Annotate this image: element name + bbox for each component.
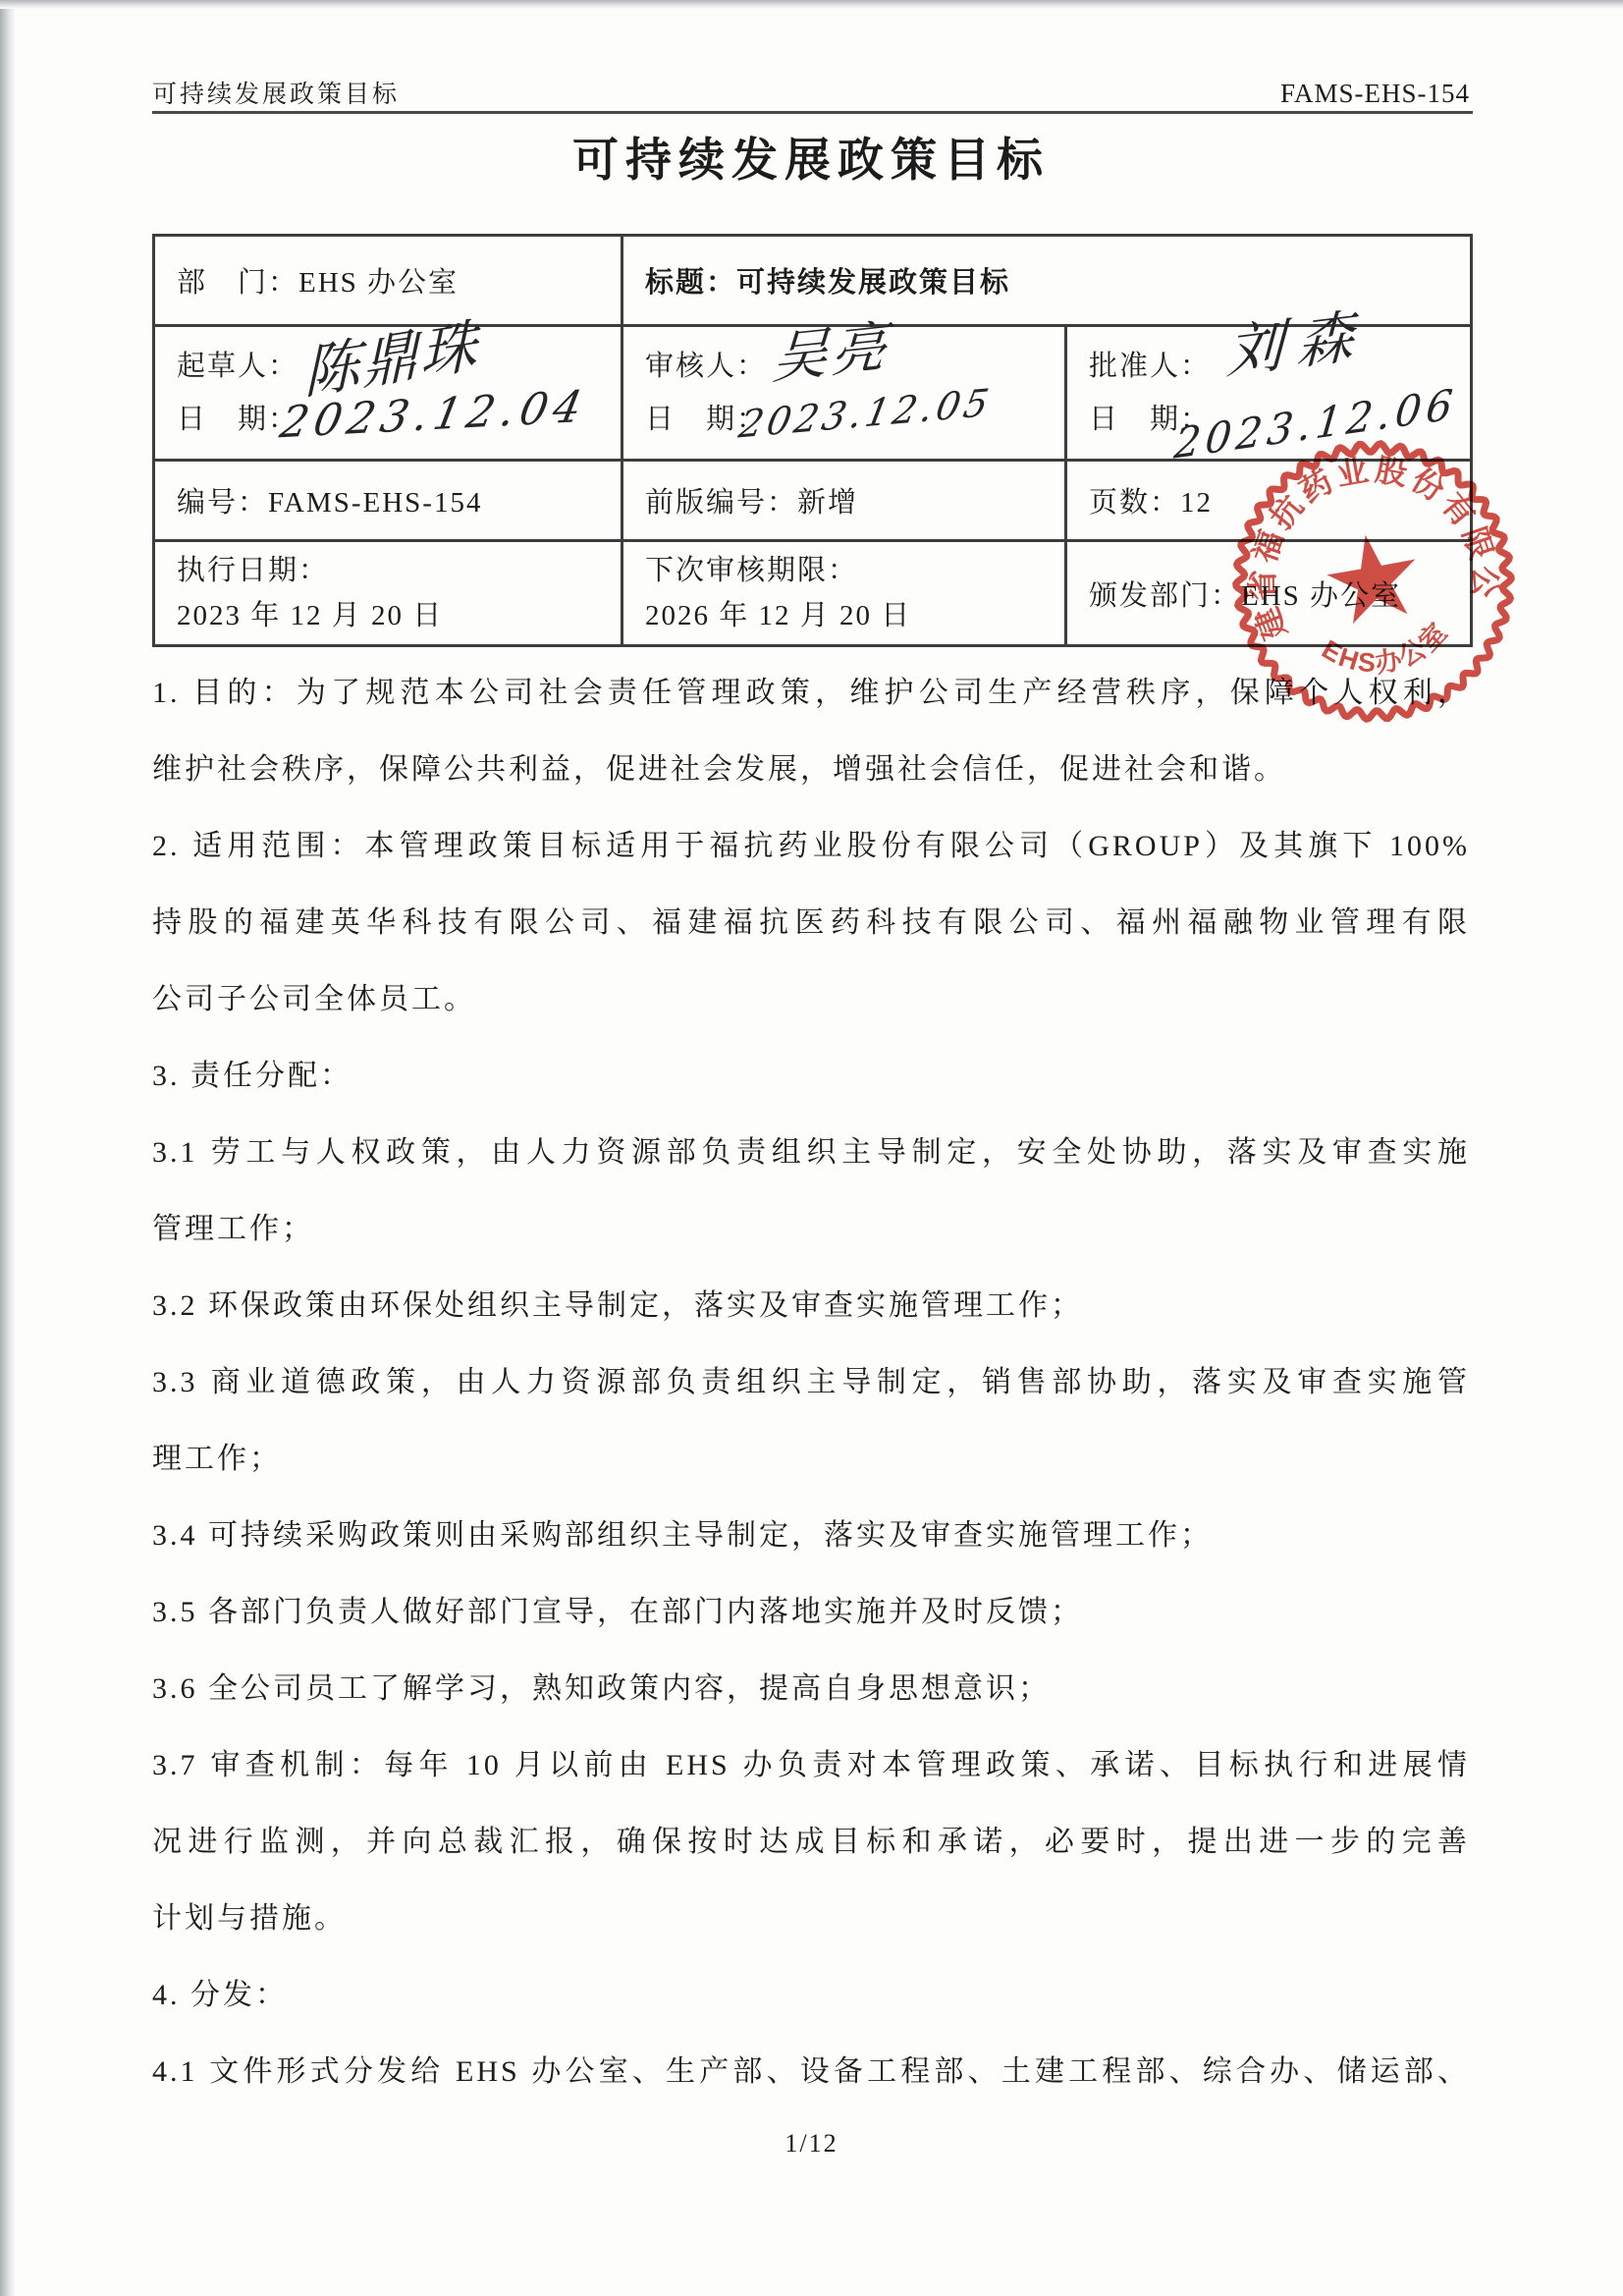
body-line: 4. 分发： bbox=[152, 1957, 1470, 2034]
body-text: 1. 目的：为了规范本公司社会责任管理政策，维护公司生产经营秩序，保障个人权利，… bbox=[152, 655, 1470, 2110]
header-doc-name: 可持续发展政策目标 bbox=[152, 75, 400, 110]
exec-date-value: 2023 年 12 月 20 日 bbox=[177, 593, 621, 638]
issue-dept-label: 颁发部门： bbox=[1089, 580, 1241, 612]
body-line: 持股的福建英华科技有限公司、福建福抗医药科技有限公司、福州福融物业管理有限 bbox=[152, 885, 1470, 961]
body-line: 2. 适用范围：本管理政策目标适用于福抗药业股份有限公司（GROUP）及其旗下 … bbox=[152, 808, 1470, 885]
prev-no-cell: 前版编号：新增 bbox=[622, 461, 1066, 541]
doc-title-value: 可持续发展政策目标 bbox=[736, 267, 1010, 299]
doc-title-label: 标题： bbox=[645, 267, 736, 299]
scan-edge-left bbox=[0, 0, 16, 2296]
body-line: 3.1 劳工与人权政策，由人力资源部负责组织主导制定，安全处协助，落实及审查实施 bbox=[152, 1115, 1470, 1191]
document-page: 可持续发展政策目标 FAMS-EHS-154 可持续发展政策目标 部 门：EHS… bbox=[0, 0, 1623, 2296]
prev-no-label: 前版编号： bbox=[645, 487, 797, 519]
drafter-cell: 起草人： 日 期： 陈鼎珠 2023.12.04 bbox=[154, 326, 622, 461]
drafter-role-label: 起草人： bbox=[177, 340, 621, 393]
department-cell: 部 门：EHS 办公室 bbox=[154, 236, 622, 326]
next-review-label: 下次审核期限： bbox=[645, 548, 1064, 593]
company-stamp: 福建省福抗药业股份有限公司 EHS办公室 bbox=[1220, 428, 1527, 735]
reviewer-cell: 审核人： 日 期： 吴亮 2023.12.05 bbox=[622, 326, 1066, 461]
body-line: 3. 责任分配： bbox=[152, 1038, 1470, 1115]
date-label: 日 期： bbox=[177, 393, 621, 446]
document-title: 可持续发展政策目标 bbox=[152, 124, 1470, 190]
approver-role-label: 批准人： bbox=[1089, 340, 1470, 393]
body-line: 3.7 审查机制：每年 10 月以前由 EHS 办负责对本管理政策、承诺、目标执… bbox=[152, 1727, 1470, 1804]
next-review-value: 2026 年 12 月 20 日 bbox=[645, 593, 1064, 638]
header-rule bbox=[152, 111, 1473, 114]
body-line: 3.5 各部门负责人做好部门宣导，在部门内落地实施并及时反馈； bbox=[152, 1574, 1470, 1651]
body-line: 3.4 可持续采购政策则由采购部组织主导制定，落实及审查实施管理工作； bbox=[152, 1498, 1470, 1574]
stamp-department-text: EHS办公室 bbox=[1313, 613, 1459, 688]
body-line: 4.1 文件形式分发给 EHS 办公室、生产部、设备工程部、土建工程部、综合办、… bbox=[152, 2034, 1470, 2110]
doc-no-value: FAMS-EHS-154 bbox=[268, 487, 482, 519]
body-line: 况进行监测，并向总裁汇报，确保按时达成目标和承诺，必要时，提出进一步的完善 bbox=[152, 1804, 1470, 1881]
body-line: 公司子公司全体员工。 bbox=[152, 961, 1470, 1038]
prev-no-value: 新增 bbox=[797, 487, 858, 519]
body-line: 3.6 全公司员工了解学习，熟知政策内容，提高自身思想意识； bbox=[152, 1651, 1470, 1727]
pages-value: 12 bbox=[1180, 487, 1213, 519]
department-label: 部 门： bbox=[177, 267, 298, 299]
body-line: 3.3 商业道德政策，由人力资源部负责组织主导制定，销售部协助，落实及审查实施管 bbox=[152, 1344, 1470, 1421]
page-header: 可持续发展政策目标 FAMS-EHS-154 bbox=[152, 75, 1470, 110]
department-value: EHS 办公室 bbox=[298, 267, 459, 299]
exec-date-cell: 执行日期： 2023 年 12 月 20 日 bbox=[154, 541, 622, 646]
header-doc-code: FAMS-EHS-154 bbox=[1280, 79, 1470, 109]
reviewer-role-label: 审核人： bbox=[645, 340, 1064, 393]
body-line: 理工作； bbox=[152, 1421, 1470, 1498]
exec-date-label: 执行日期： bbox=[177, 548, 621, 593]
date-label: 日 期： bbox=[645, 393, 1064, 446]
doc-no-label: 编号： bbox=[177, 487, 268, 519]
pages-label: 页数： bbox=[1089, 487, 1180, 519]
doc-title-cell: 标题：可持续发展政策目标 bbox=[622, 236, 1472, 326]
body-line: 计划与措施。 bbox=[152, 1881, 1470, 1957]
next-review-cell: 下次审核期限： 2026 年 12 月 20 日 bbox=[622, 541, 1066, 646]
page-number: 1/12 bbox=[0, 2129, 1623, 2159]
body-line: 3.2 环保政策由环保处组织主导制定，落实及审查实施管理工作； bbox=[152, 1268, 1470, 1344]
body-line: 管理工作； bbox=[152, 1191, 1470, 1268]
table-row: 部 门：EHS 办公室 标题：可持续发展政策目标 bbox=[154, 236, 1472, 326]
star-icon bbox=[1322, 527, 1425, 627]
scan-edge-top bbox=[0, 0, 1623, 9]
body-line: 维护社会秩序，保障公共利益，促进社会发展，增强社会信任，促进社会和谐。 bbox=[152, 732, 1470, 808]
doc-no-cell: 编号：FAMS-EHS-154 bbox=[154, 461, 622, 541]
